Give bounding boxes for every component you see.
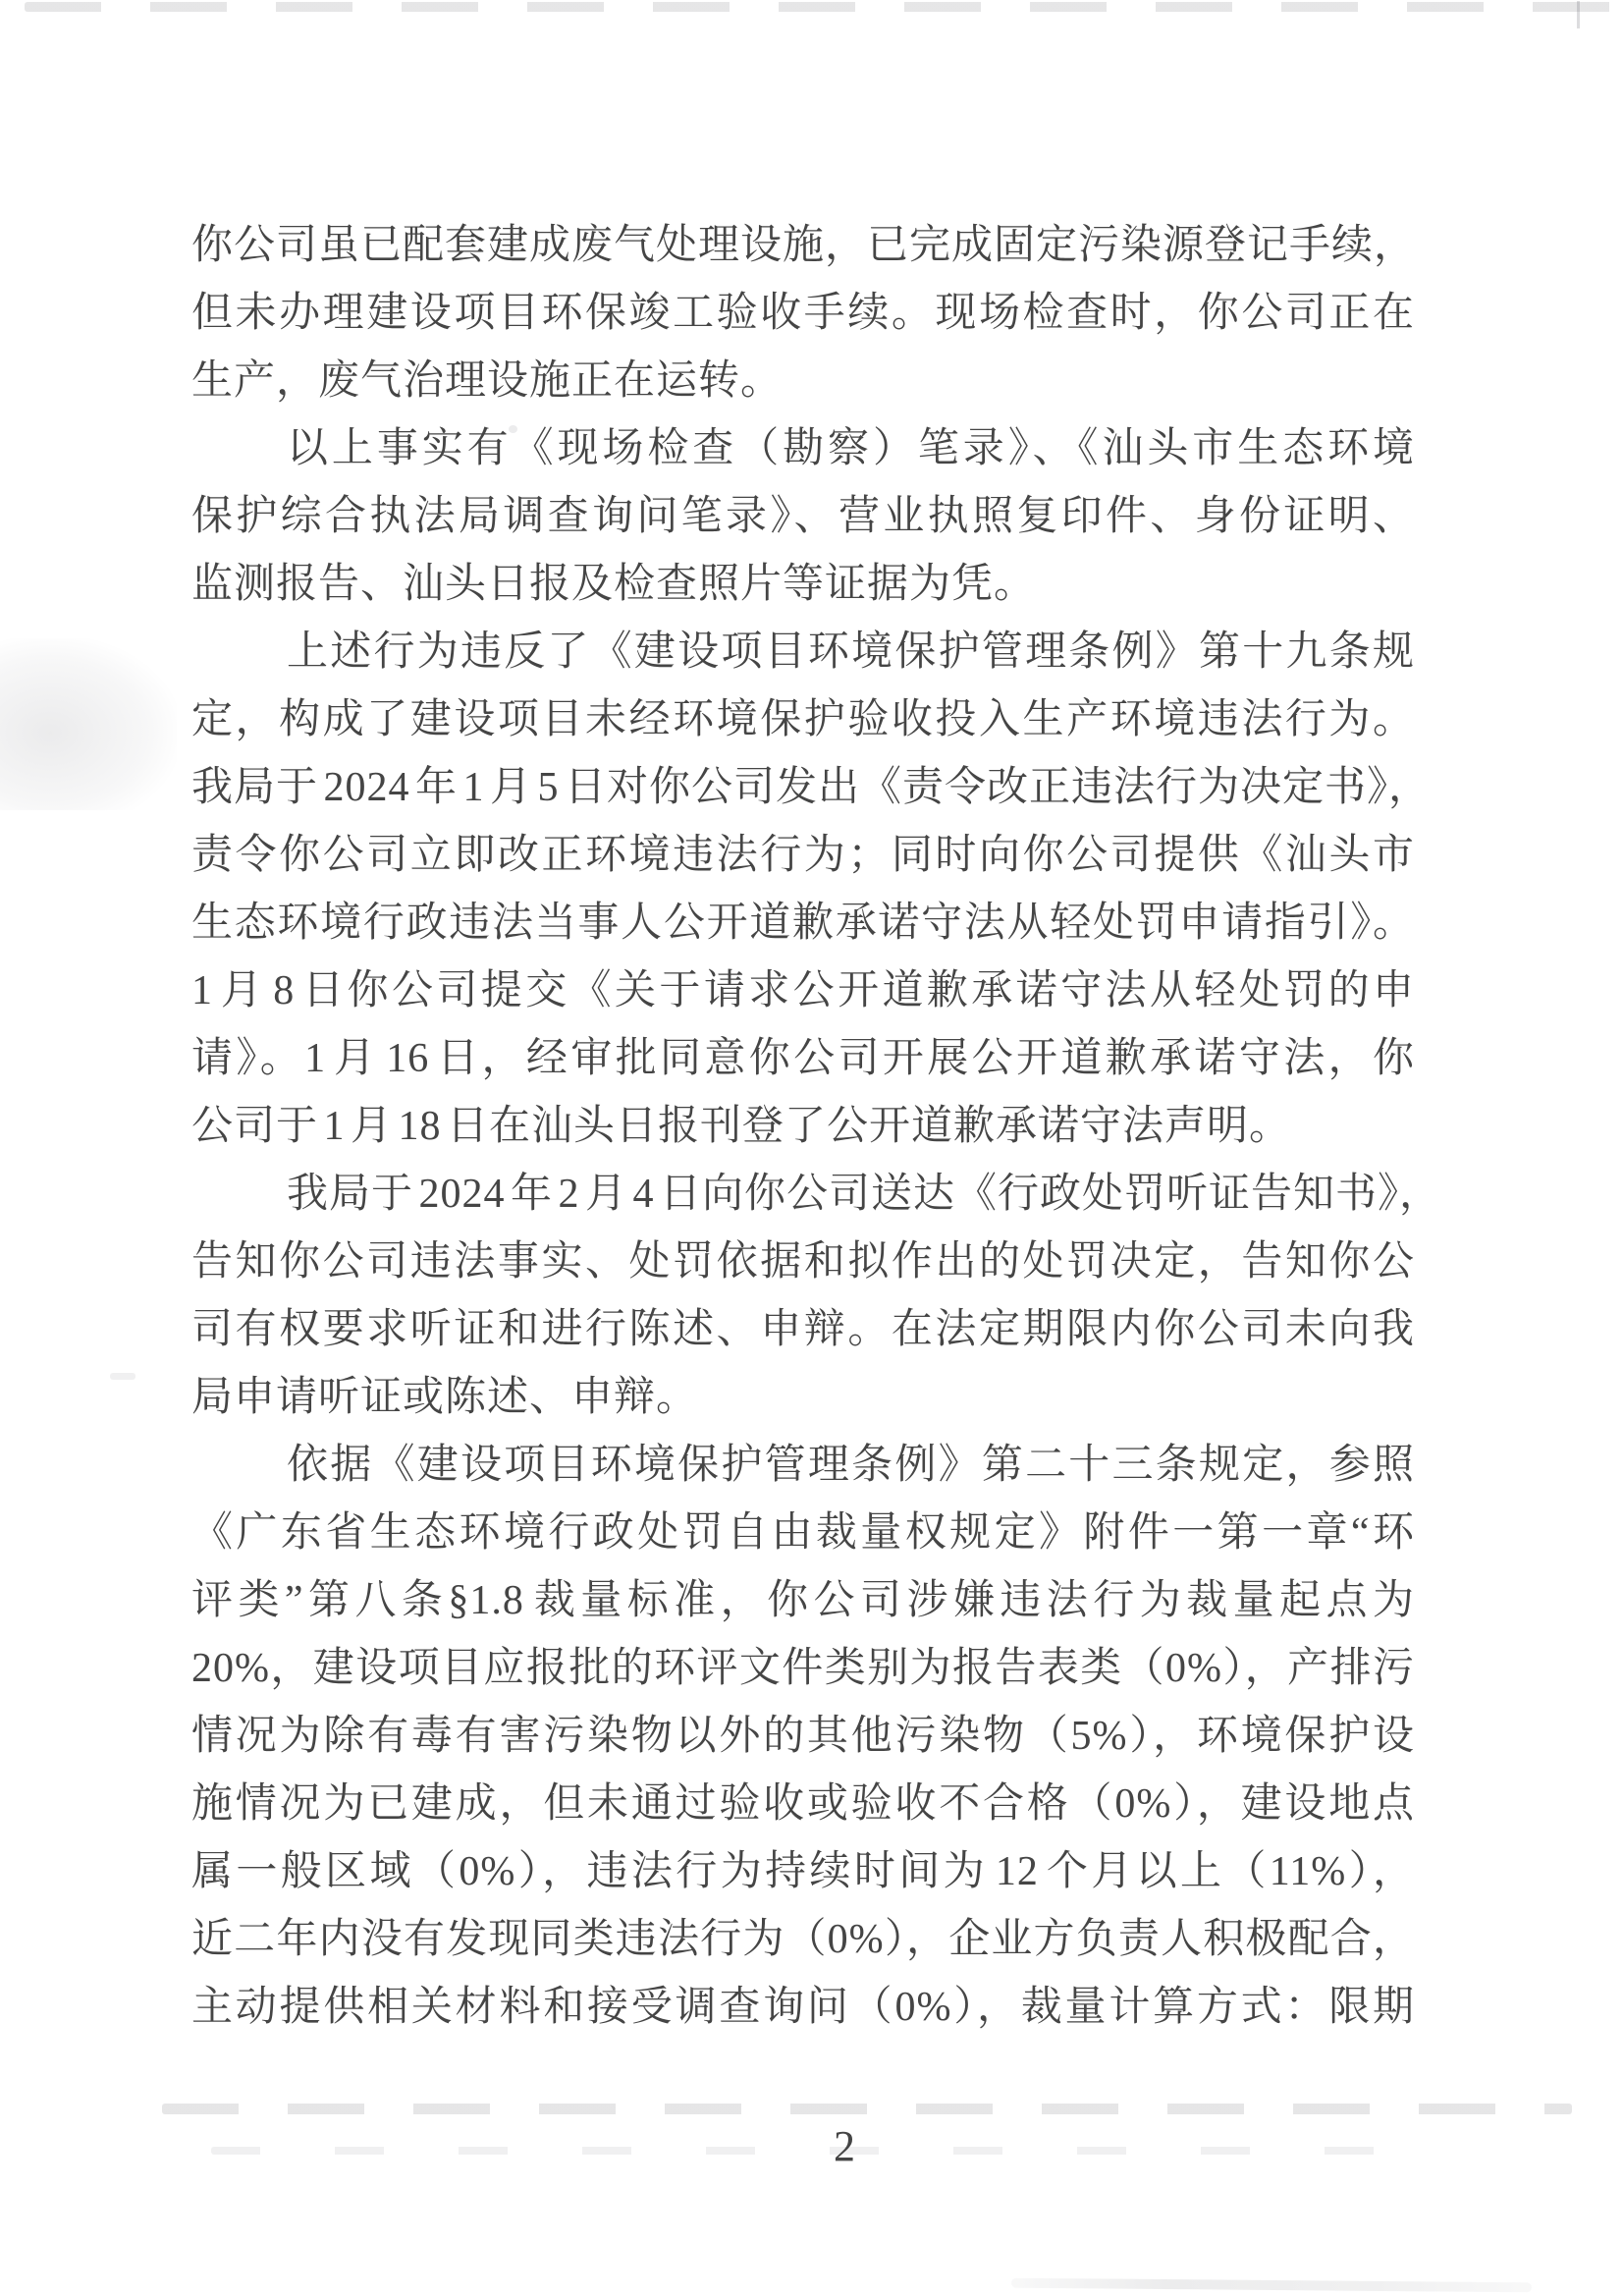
text-line: 请》。1 月 16 日，经审批同意你公司开展公开道歉承诺守法，你 [191,1025,1415,1093]
text-line: 司有权要求听证和进行陈述、申辩。在法定期限内你公司未向我 [191,1296,1415,1364]
text-line: 情况为除有毒有害污染物以外的其他污染物（5%），环境保护设 [191,1703,1415,1771]
text-line: 上述行为违反了《建设项目环境保护管理条例》第十九条规 [191,619,1415,686]
text-line: 20%，建设项目应报批的环评文件类别为报告表类（0%），产排污 [191,1635,1415,1703]
page-number: 2 [795,2121,893,2171]
text-line: 施情况为已建成，但未通过验收或验收不合格（0%），建设地点 [191,1771,1415,1838]
text-line: 评类”第八条§1.8 裁量标准，你公司涉嫌违法行为裁量起点为 [191,1567,1415,1635]
text-line: 监测报告、汕头日报及检查照片等证据为凭。 [191,551,1415,619]
text-line: 公司于 1 月 18 日在汕头日报刊登了公开道歉承诺守法声明。 [191,1093,1415,1161]
scan-artifact-corner-streak [1011,2278,1532,2293]
scan-artifact-edge-tick [1577,1,1580,28]
scan-artifact-top-bleed [25,2,1617,12]
text-line: 你公司虽已配套建成废气处理设施，已完成固定污染源登记手续， [191,212,1415,280]
text-line: 但未办理建设项目环保竣工验收手续。现场检查时，你公司正在 [191,280,1415,348]
text-line: 1 月 8 日你公司提交《关于请求公开道歉承诺守法从轻处罚的申 [191,957,1415,1025]
text-line: 主动提供相关材料和接受调查询问（0%），裁量计算方式：限期 [191,1974,1415,2042]
text-line: 生态环境行政违法当事人公开道歉承诺守法从轻处罚申请指引》。 [191,890,1415,957]
document-page: 你公司虽已配套建成废气处理设施，已完成固定污染源登记手续，但未办理建设项目环保竣… [0,0,1623,2296]
scan-artifact-bottom-bleed-1 [162,2104,1572,2114]
text-line: 责令你公司立即改正环境违法行为；同时向你公司提供《汕头市 [191,822,1415,890]
text-line: 属一般区域（0%），违法行为持续时间为 12 个月以上（11%）， [191,1838,1415,1906]
scanned-page: { "document": { "page_number": "2", "col… [0,0,1623,2296]
text-line: 我局于 2024 年 2 月 4 日向你公司送达《行政处罚听证告知书》， [191,1161,1415,1229]
text-line: 定，构成了建设项目未经环境保护验收投入生产环境违法行为。 [191,686,1415,754]
document-body: 你公司虽已配套建成废气处理设施，已完成固定污染源登记手续，但未办理建设项目环保竣… [191,212,1415,2042]
text-line: 依据《建设项目环境保护管理条例》第二十三条规定，参照 [191,1432,1415,1500]
scan-artifact-left-smudge [0,638,177,810]
text-line: 我局于 2024 年 1 月 5 日对你公司发出《责令改正违法行为决定书》， [191,754,1415,822]
text-line: 局申请听证或陈述、申辩。 [191,1364,1415,1432]
text-line: 《广东省生态环境行政处罚自由裁量权规定》附件一第一章“环 [191,1500,1415,1567]
scan-artifact-small-dash [110,1373,135,1380]
text-line: 近二年内没有发现同类违法行为（0%），企业方负责人积极配合， [191,1906,1415,1974]
text-line: 生产，废气治理设施正在运转。 [191,348,1415,415]
text-line: 以上事实有《现场检查（勘察）笔录》、《汕头市生态环境 [191,415,1415,483]
text-line: 保护综合执法局调查询问笔录》、营业执照复印件、身份证明、 [191,483,1415,551]
text-line: 告知你公司违法事实、处罚依据和拟作出的处罚决定，告知你公 [191,1229,1415,1296]
